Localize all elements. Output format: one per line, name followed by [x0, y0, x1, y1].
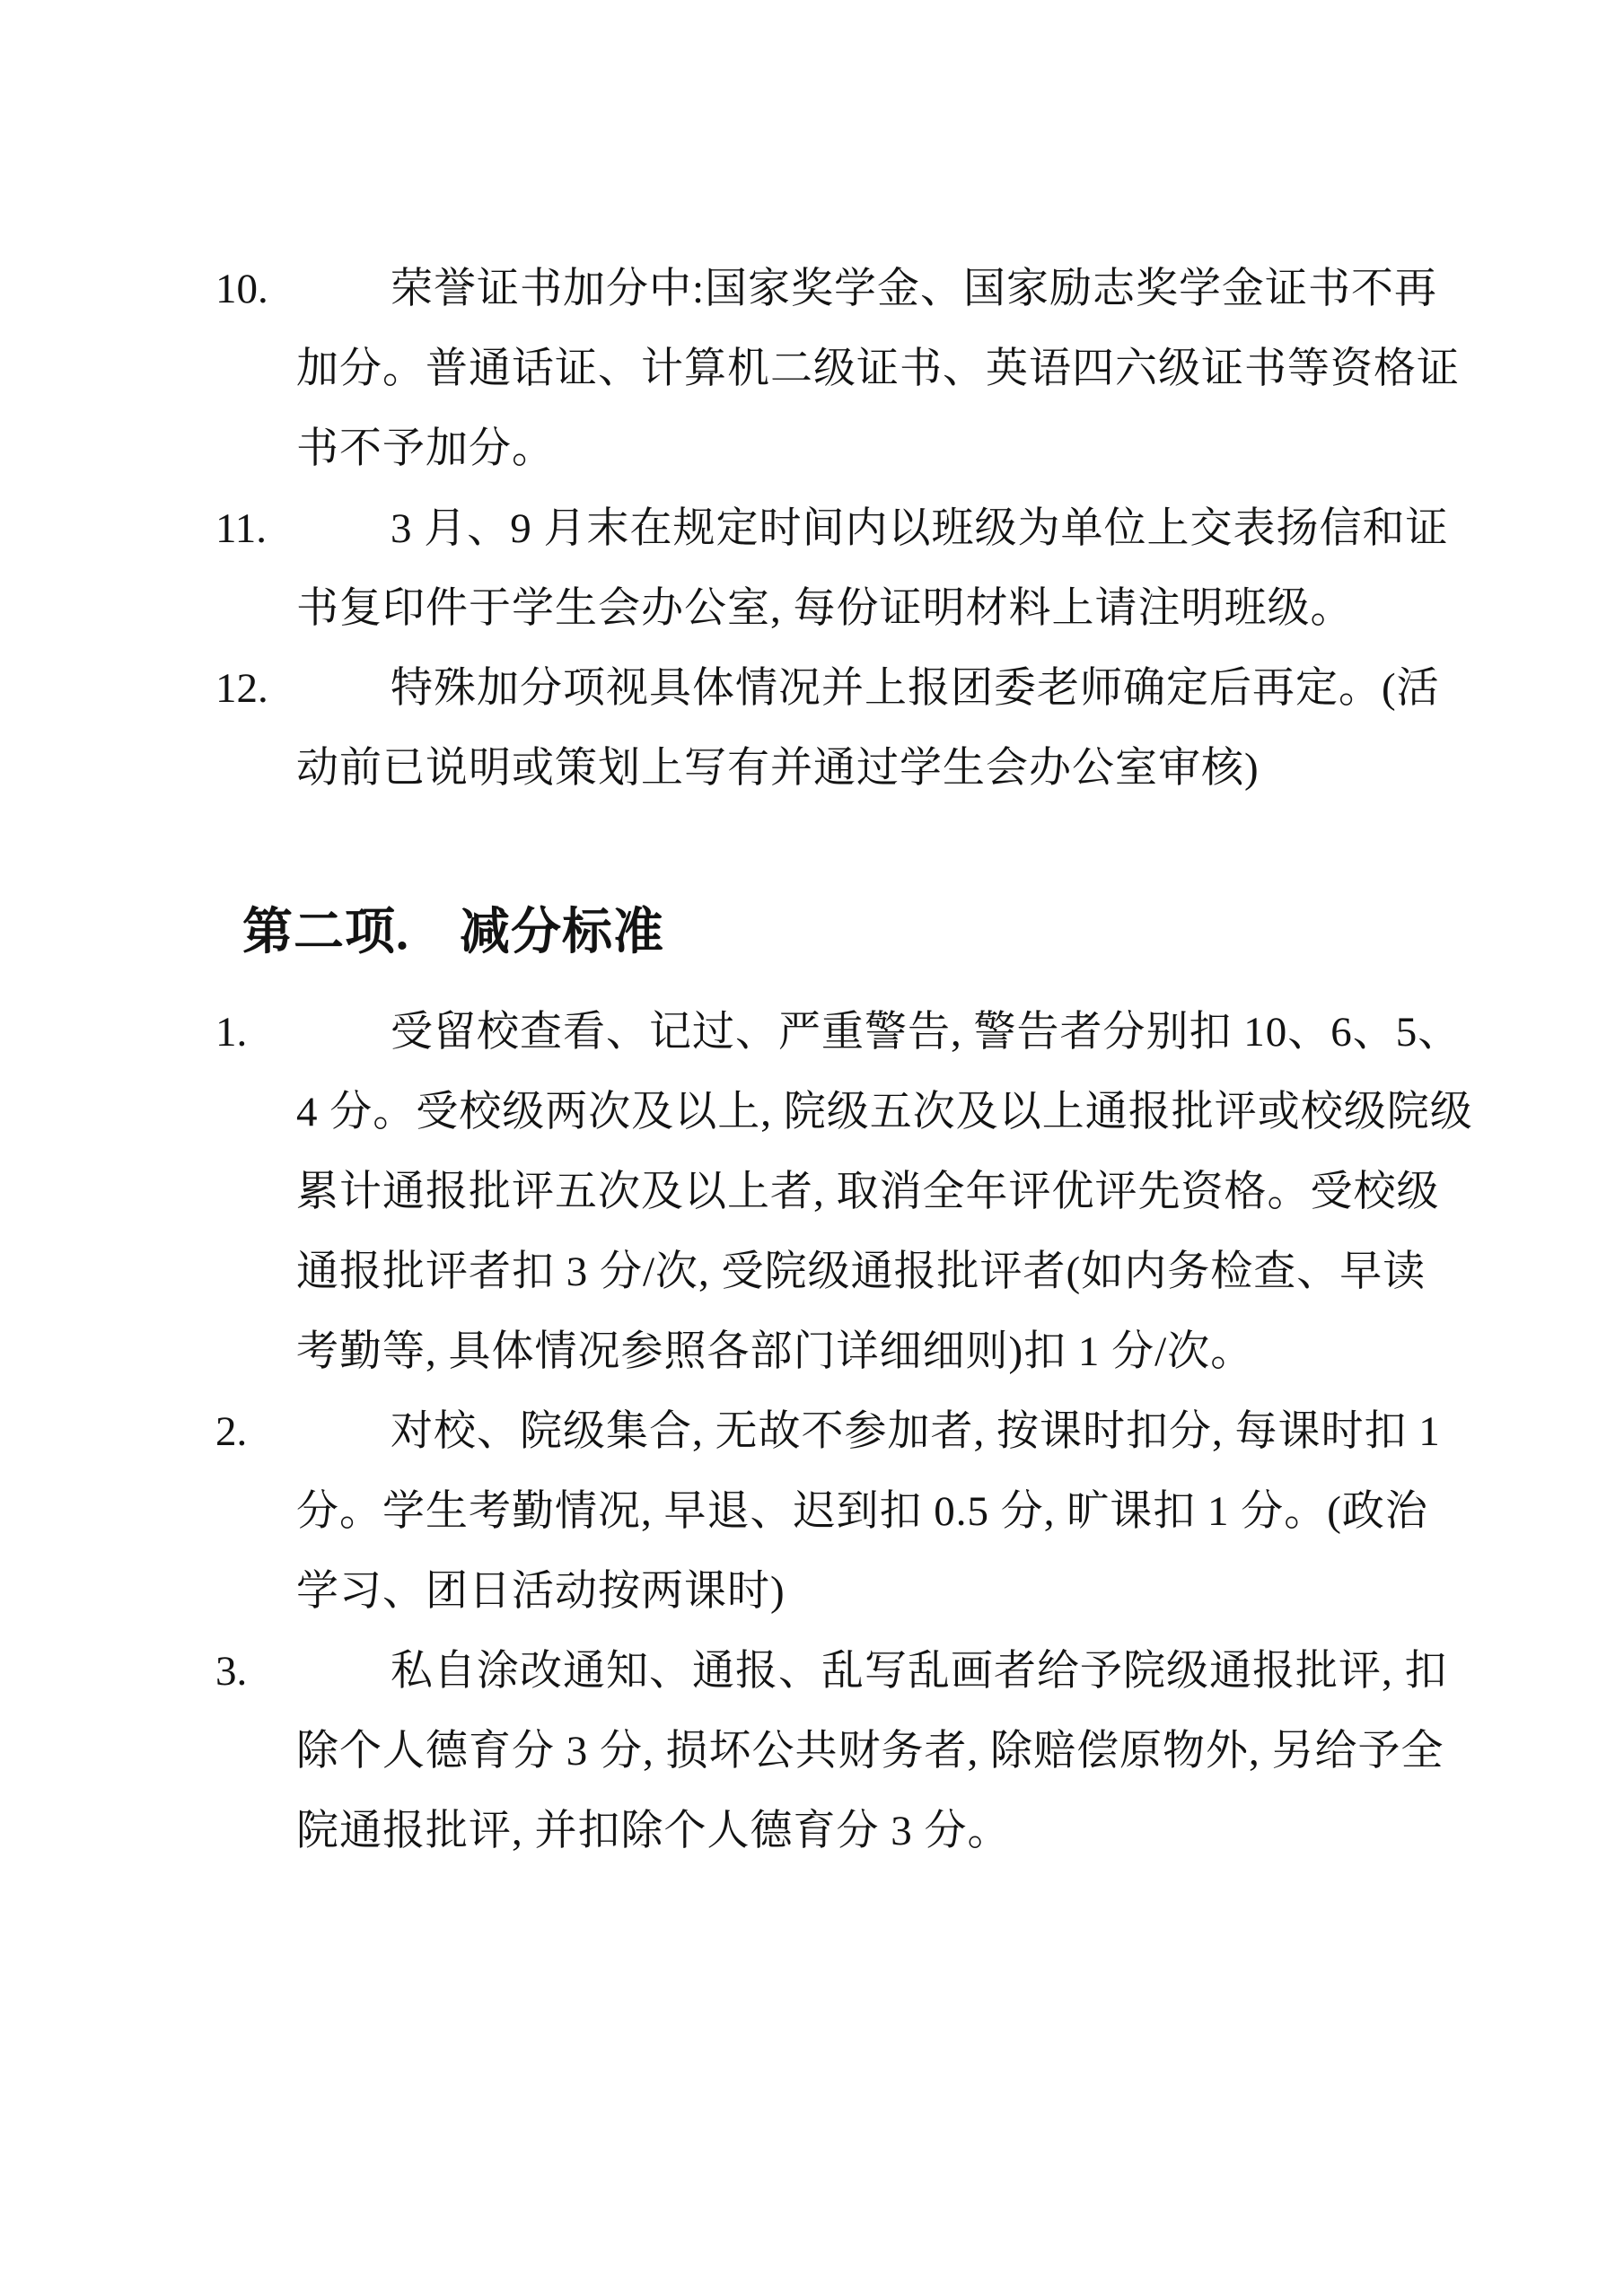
list-item-2: 2. 对校、院级集合, 无故不参加者, 按课时扣分, 每课时扣 1 分。学生考勤…: [0, 1392, 1624, 1632]
item-line: 院通报批评, 并扣除个人德育分 3 分。: [0, 1792, 1624, 1871]
section-heading-number: 第二项.: [242, 905, 409, 960]
item-number: 12.: [215, 649, 268, 729]
item-line: 动前已说明或策划上写有并通过学生会办公室审核): [0, 729, 1624, 809]
item-number: 11.: [215, 489, 267, 569]
item-number: 10.: [215, 250, 268, 329]
item-line: 通报批评者扣 3 分/次, 受院级通报批评者(如内务检查、早读: [0, 1232, 1624, 1312]
item-line-text: 荣誉证书加分中:国家奖学金、国家励志奖学金证书不再: [391, 266, 1437, 312]
item-line-text: 3 月、9 月末在规定时间内以班级为单位上交表扬信和证: [391, 505, 1449, 552]
list-item-3: 3. 私自涂改通知、通报、乱写乱画者给予院级通报批评, 扣 除个人德育分 3 分…: [0, 1632, 1624, 1871]
section-heading: 第二项.减分标准: [0, 893, 1624, 973]
list-item-11: 11. 3 月、9 月末在规定时间内以班级为单位上交表扬信和证 书复印件于学生会…: [0, 489, 1624, 649]
section-heading-title: 减分标准: [460, 905, 664, 960]
item-line-text: 特殊加分项视具体情况并上报团委老师确定后再定。(活: [391, 665, 1440, 712]
item-line: 书不予加分。: [0, 409, 1624, 489]
item-line: 书复印件于学生会办公室, 每份证明材料上请注明班级。: [0, 569, 1624, 649]
item-number: 2.: [215, 1392, 247, 1472]
item-line: 分。学生考勤情况, 早退、迟到扣 0.5 分, 旷课扣 1 分。(政治: [0, 1472, 1624, 1552]
item-line: 加分。普通话证、计算机二级证书、英语四六级证书等资格证: [0, 329, 1624, 409]
item-number: 1.: [215, 993, 247, 1073]
item-line: 10. 荣誉证书加分中:国家奖学金、国家励志奖学金证书不再: [0, 250, 1624, 329]
item-line: 除个人德育分 3 分, 损坏公共财务者, 除赔偿原物外, 另给予全: [0, 1712, 1624, 1792]
item-line: 12. 特殊加分项视具体情况并上报团委老师确定后再定。(活: [0, 649, 1624, 729]
item-line: 1. 受留校查看、记过、严重警告, 警告者分别扣 10、6、5、: [0, 993, 1624, 1073]
item-number: 3.: [215, 1632, 247, 1712]
document-page: 10. 荣誉证书加分中:国家奖学金、国家励志奖学金证书不再 加分。普通话证、计算…: [0, 0, 1624, 2296]
item-line: 4 分。受校级两次及以上, 院级五次及以上通报批评或校级院级: [0, 1073, 1624, 1152]
document-body: 10. 荣誉证书加分中:国家奖学金、国家励志奖学金证书不再 加分。普通话证、计算…: [0, 250, 1624, 1871]
item-line-text: 受留校查看、记过、严重警告, 警告者分别扣 10、6、5、: [391, 1009, 1461, 1056]
item-line: 累计通报批评五次及以上者, 取消全年评优评先资格。受校级: [0, 1152, 1624, 1232]
item-line: 11. 3 月、9 月末在规定时间内以班级为单位上交表扬信和证: [0, 489, 1624, 569]
item-line-text: 对校、院级集合, 无故不参加者, 按课时扣分, 每课时扣 1: [391, 1408, 1441, 1455]
list-item-1: 1. 受留校查看、记过、严重警告, 警告者分别扣 10、6、5、 4 分。受校级…: [0, 993, 1624, 1392]
item-line: 3. 私自涂改通知、通报、乱写乱画者给予院级通报批评, 扣: [0, 1632, 1624, 1712]
item-line-text: 私自涂改通知、通报、乱写乱画者给予院级通报批评, 扣: [391, 1648, 1448, 1695]
item-line: 2. 对校、院级集合, 无故不参加者, 按课时扣分, 每课时扣 1: [0, 1392, 1624, 1472]
item-line: 学习、团日活动按两课时): [0, 1552, 1624, 1632]
item-line: 考勤等, 具体情况参照各部门详细细则)扣 1 分/次。: [0, 1312, 1624, 1392]
list-item-10: 10. 荣誉证书加分中:国家奖学金、国家励志奖学金证书不再 加分。普通话证、计算…: [0, 250, 1624, 489]
list-item-12: 12. 特殊加分项视具体情况并上报团委老师确定后再定。(活 动前已说明或策划上写…: [0, 649, 1624, 809]
